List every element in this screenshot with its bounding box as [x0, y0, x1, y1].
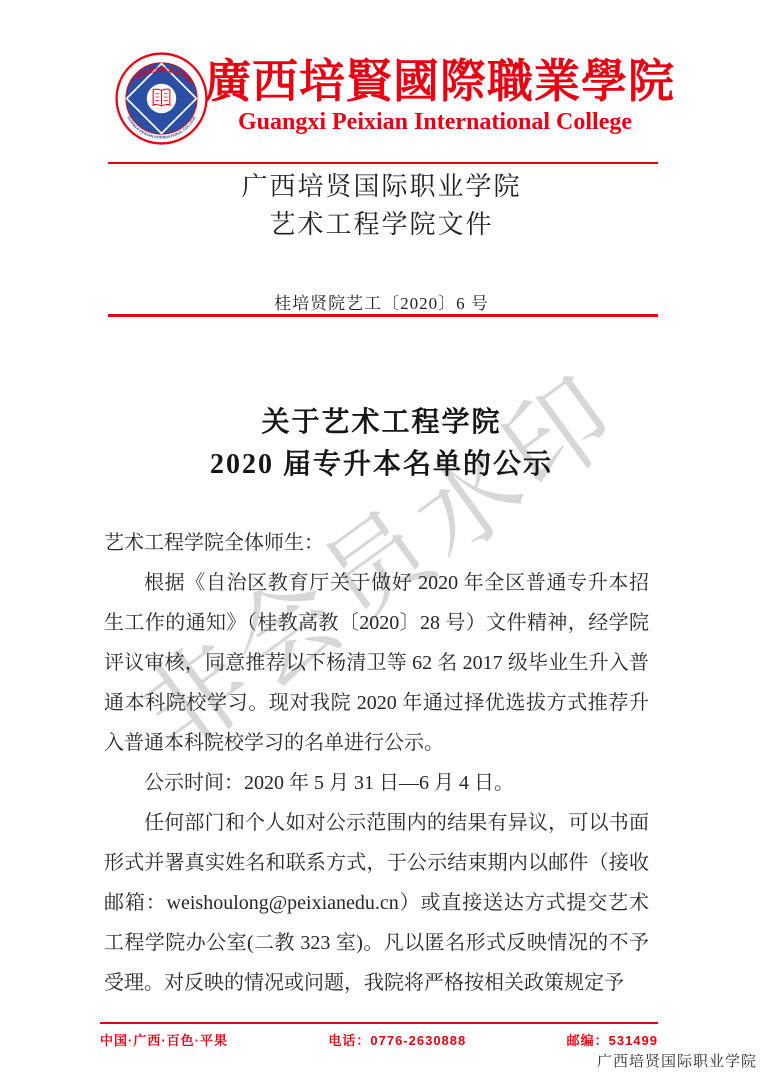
footer-phone: 电话：0776-2630888	[328, 1030, 466, 1049]
doc-body: 艺术工程学院全体师生： 根据《自治区教育厅关于做好 2020 年全区普通专升本招…	[104, 523, 649, 1003]
doc-title-line1: 关于艺术工程学院	[261, 407, 501, 438]
masthead-dept-doc: 艺术工程学院文件	[0, 211, 763, 239]
footer-location: 中国·广西·百色·平果	[100, 1030, 228, 1049]
header-rule-thick	[108, 314, 658, 317]
doc-title: 关于艺术工程学院 2020 届专升本名单的公示	[0, 402, 763, 486]
masthead-org-name: 广西培贤国际职业学院	[0, 173, 763, 201]
doc-number: 桂培贤院艺工〔2020〕6 号	[0, 294, 763, 314]
body-paragraph: 任何部门和个人如对公示范围内的结果有异议，可以书面形式并署真实姓名和联系方式，于…	[104, 803, 649, 1003]
open-book-icon	[153, 89, 170, 106]
header-rule-thin	[108, 162, 658, 164]
body-paragraph: 公示时间：2020 年 5 月 31 日—6 月 4 日。	[104, 763, 649, 803]
footer: 中国·广西·百色·平果 电话：0776-2630888 邮编：531499	[100, 1030, 658, 1049]
document-page: 非会员水印 广西培贤国际职业学院	[0, 0, 763, 1080]
college-name-english: Guangxi Peixian International College	[205, 109, 665, 135]
footer-rule	[100, 1022, 658, 1024]
body-paragraph: 根据《自治区教育厅关于做好 2020 年全区普通专升本招生工作的通知》（桂教高教…	[104, 563, 649, 763]
college-name-calligraphy: 廣西培賢國際職業學院	[205, 56, 665, 108]
salutation: 艺术工程学院全体师生：	[104, 523, 649, 563]
college-logo: 广西培贤国际职业学院 GUANGXI PEIXIAN INTERNATIONAL…	[114, 51, 209, 146]
college-name-tag: 广西培贤国际职业学院	[597, 1050, 757, 1071]
college-emblem-icon: 广西培贤国际职业学院 GUANGXI PEIXIAN INTERNATIONAL…	[114, 51, 209, 146]
footer-postcode: 邮编：531499	[567, 1030, 658, 1049]
doc-title-line2: 2020 届专升本名单的公示	[210, 449, 553, 480]
